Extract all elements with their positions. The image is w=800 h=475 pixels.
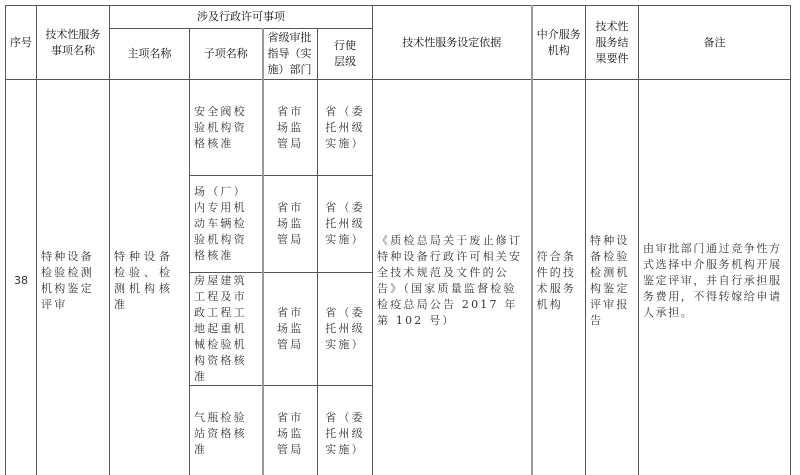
header-service-name: 技术性服务事项名称 (37, 6, 110, 80)
cell-level: 省（委托州级实施） (318, 273, 373, 386)
cell-sub-item: 场（厂）内专用机动车辆检验机构资格核准 (190, 176, 263, 273)
cell-level: 省（委托州级实施） (318, 386, 373, 475)
cell-agency: 符合条件的技术服务机构 (532, 80, 586, 475)
cell-level: 省（委托州级实施） (318, 80, 373, 176)
header-agency: 中介服务机构 (532, 6, 586, 80)
cell-approval-dept: 省市场监管局 (263, 176, 318, 273)
cell-service-name: 特种设备检验检测机构鉴定评审 (37, 80, 110, 475)
cell-result: 特种设备检验检测机构鉴定评审报告 (586, 80, 639, 475)
header-sub-item: 子项名称 (190, 29, 263, 80)
header-approval-dept: 省级审批指导（实施）部门 (263, 29, 318, 80)
cell-remarks: 由审批部门通过竞争性方式选择中介服务机构开展鉴定评审，并自行承担服务费用，不得转… (639, 80, 791, 475)
header-result: 技术性服务结果要件 (586, 6, 639, 80)
header-basis: 技术性服务设定依据 (373, 6, 532, 80)
cell-approval-dept: 省市场监管局 (263, 80, 318, 176)
table-row: 38 特种设备检验检测机构鉴定评审 特种设备检验、检测机构核准 安全阀校验机构资… (6, 80, 791, 176)
cell-level: 省（委托州级实施） (318, 176, 373, 273)
header-admin-permit-group: 涉及行政许可事项 (110, 6, 373, 29)
cell-sub-item: 安全阀校验机构资格核准 (190, 80, 263, 176)
cell-approval-dept: 省市场监管局 (263, 386, 318, 475)
cell-basis: 《质检总局关于废止修订特种设备行政许可相关安全技术规范及文件的公告》（国家质量监… (373, 80, 532, 475)
header-seq: 序号 (6, 6, 37, 80)
permit-service-table: 序号 技术性服务事项名称 涉及行政许可事项 技术性服务设定依据 中介服务机构 技… (5, 5, 791, 475)
header-level: 行使层级 (318, 29, 373, 80)
header-main-item: 主项名称 (110, 29, 190, 80)
header-remarks: 备注 (639, 6, 791, 80)
cell-approval-dept: 省市场监管局 (263, 273, 318, 386)
cell-sub-item: 房屋建筑工程及市政工程工地起重机械检验机构资格核准 (190, 273, 263, 386)
cell-seq: 38 (6, 80, 37, 475)
cell-main-item: 特种设备检验、检测机构核准 (110, 80, 190, 475)
cell-sub-item: 气瓶检验站资格核准 (190, 386, 263, 475)
